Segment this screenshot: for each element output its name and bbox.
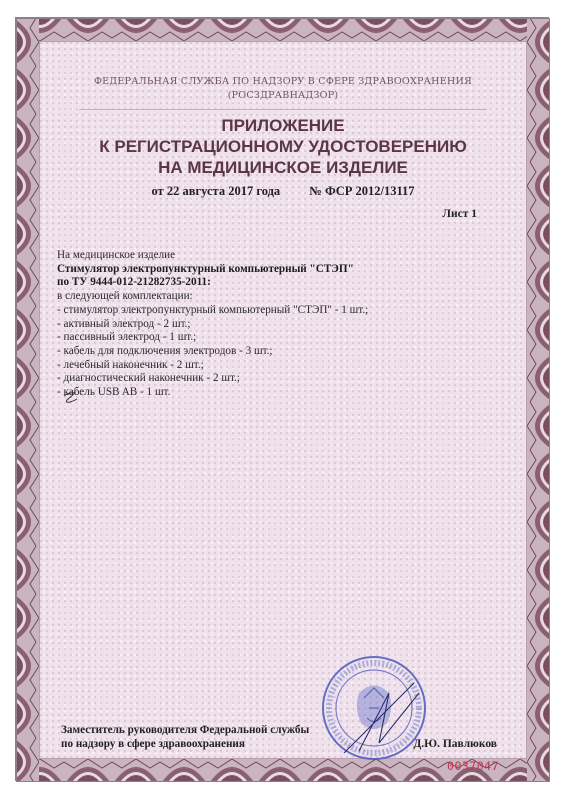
title-line-3: НА МЕДИЦИНСКОЕ ИЗДЕЛИЕ: [39, 157, 527, 178]
component-item: - кабель для подключения электродов - 3 …: [57, 345, 368, 359]
header-divider: [79, 109, 487, 110]
serial-number: 0037047: [447, 759, 499, 773]
document-body: ФЕДЕРАЛЬНАЯ СЛУЖБА ПО НАДЗОРУ В СФЕРЕ ЗД…: [39, 41, 527, 759]
registration-number: № ФСР 2012/13117: [309, 184, 414, 198]
agency-name: ФЕДЕРАЛЬНАЯ СЛУЖБА ПО НАДЗОРУ В СФЕРЕ ЗД…: [39, 75, 527, 89]
title-line-2: К РЕГИСТРАЦИОННОМУ УДОСТОВЕРЕНИЮ: [39, 136, 527, 157]
signer-title-line-2: по надзору в сфере здравоохранения: [61, 738, 309, 752]
agency-header: ФЕДЕРАЛЬНАЯ СЛУЖБА ПО НАДЗОРУ В СФЕРЕ ЗД…: [39, 75, 527, 103]
component-item: - активный электрод - 2 шт.;: [57, 318, 368, 332]
signer-title-line-1: Заместитель руководителя Федеральной слу…: [61, 724, 309, 738]
issue-date: от 22 августа 2017 года: [151, 184, 280, 198]
document-title: ПРИЛОЖЕНИЕ К РЕГИСТРАЦИОННОМУ УДОСТОВЕРЕ…: [39, 115, 527, 178]
sheet-number: Лист 1: [442, 208, 477, 220]
signer-name: Д.Ю. Павлюков: [413, 738, 497, 750]
handwritten-mark-icon: [61, 390, 81, 406]
config-label: в следующей комплектации:: [57, 290, 368, 304]
component-item: - пассивный электрод - 1 шт.;: [57, 331, 368, 345]
component-item: - лечебный наконечник - 2 шт.;: [57, 359, 368, 373]
device-description: На медицинское изделие Стимулятор электр…: [57, 249, 368, 400]
component-item: - кабель USB AB - 1 шт.: [57, 386, 368, 400]
date-number-line: от 22 августа 2017 года № ФСР 2012/13117: [39, 184, 527, 199]
signer-title: Заместитель руководителя Федеральной слу…: [61, 724, 309, 751]
component-item: - стимулятор электропунктурный компьютер…: [57, 304, 368, 318]
component-item: - диагностический наконечник - 2 шт.;: [57, 372, 368, 386]
technical-spec: по ТУ 9444-012-21282735-2011:: [57, 276, 368, 290]
agency-abbr: (РОСЗДРАВНАДЗОР): [39, 89, 527, 103]
intro-text: На медицинское изделие: [57, 249, 368, 263]
title-line-1: ПРИЛОЖЕНИЕ: [39, 115, 527, 136]
device-name: Стимулятор электропунктурный компьютерны…: [57, 263, 368, 277]
certificate-sheet: ФЕДЕРАЛЬНАЯ СЛУЖБА ПО НАДЗОРУ В СФЕРЕ ЗД…: [15, 17, 549, 781]
